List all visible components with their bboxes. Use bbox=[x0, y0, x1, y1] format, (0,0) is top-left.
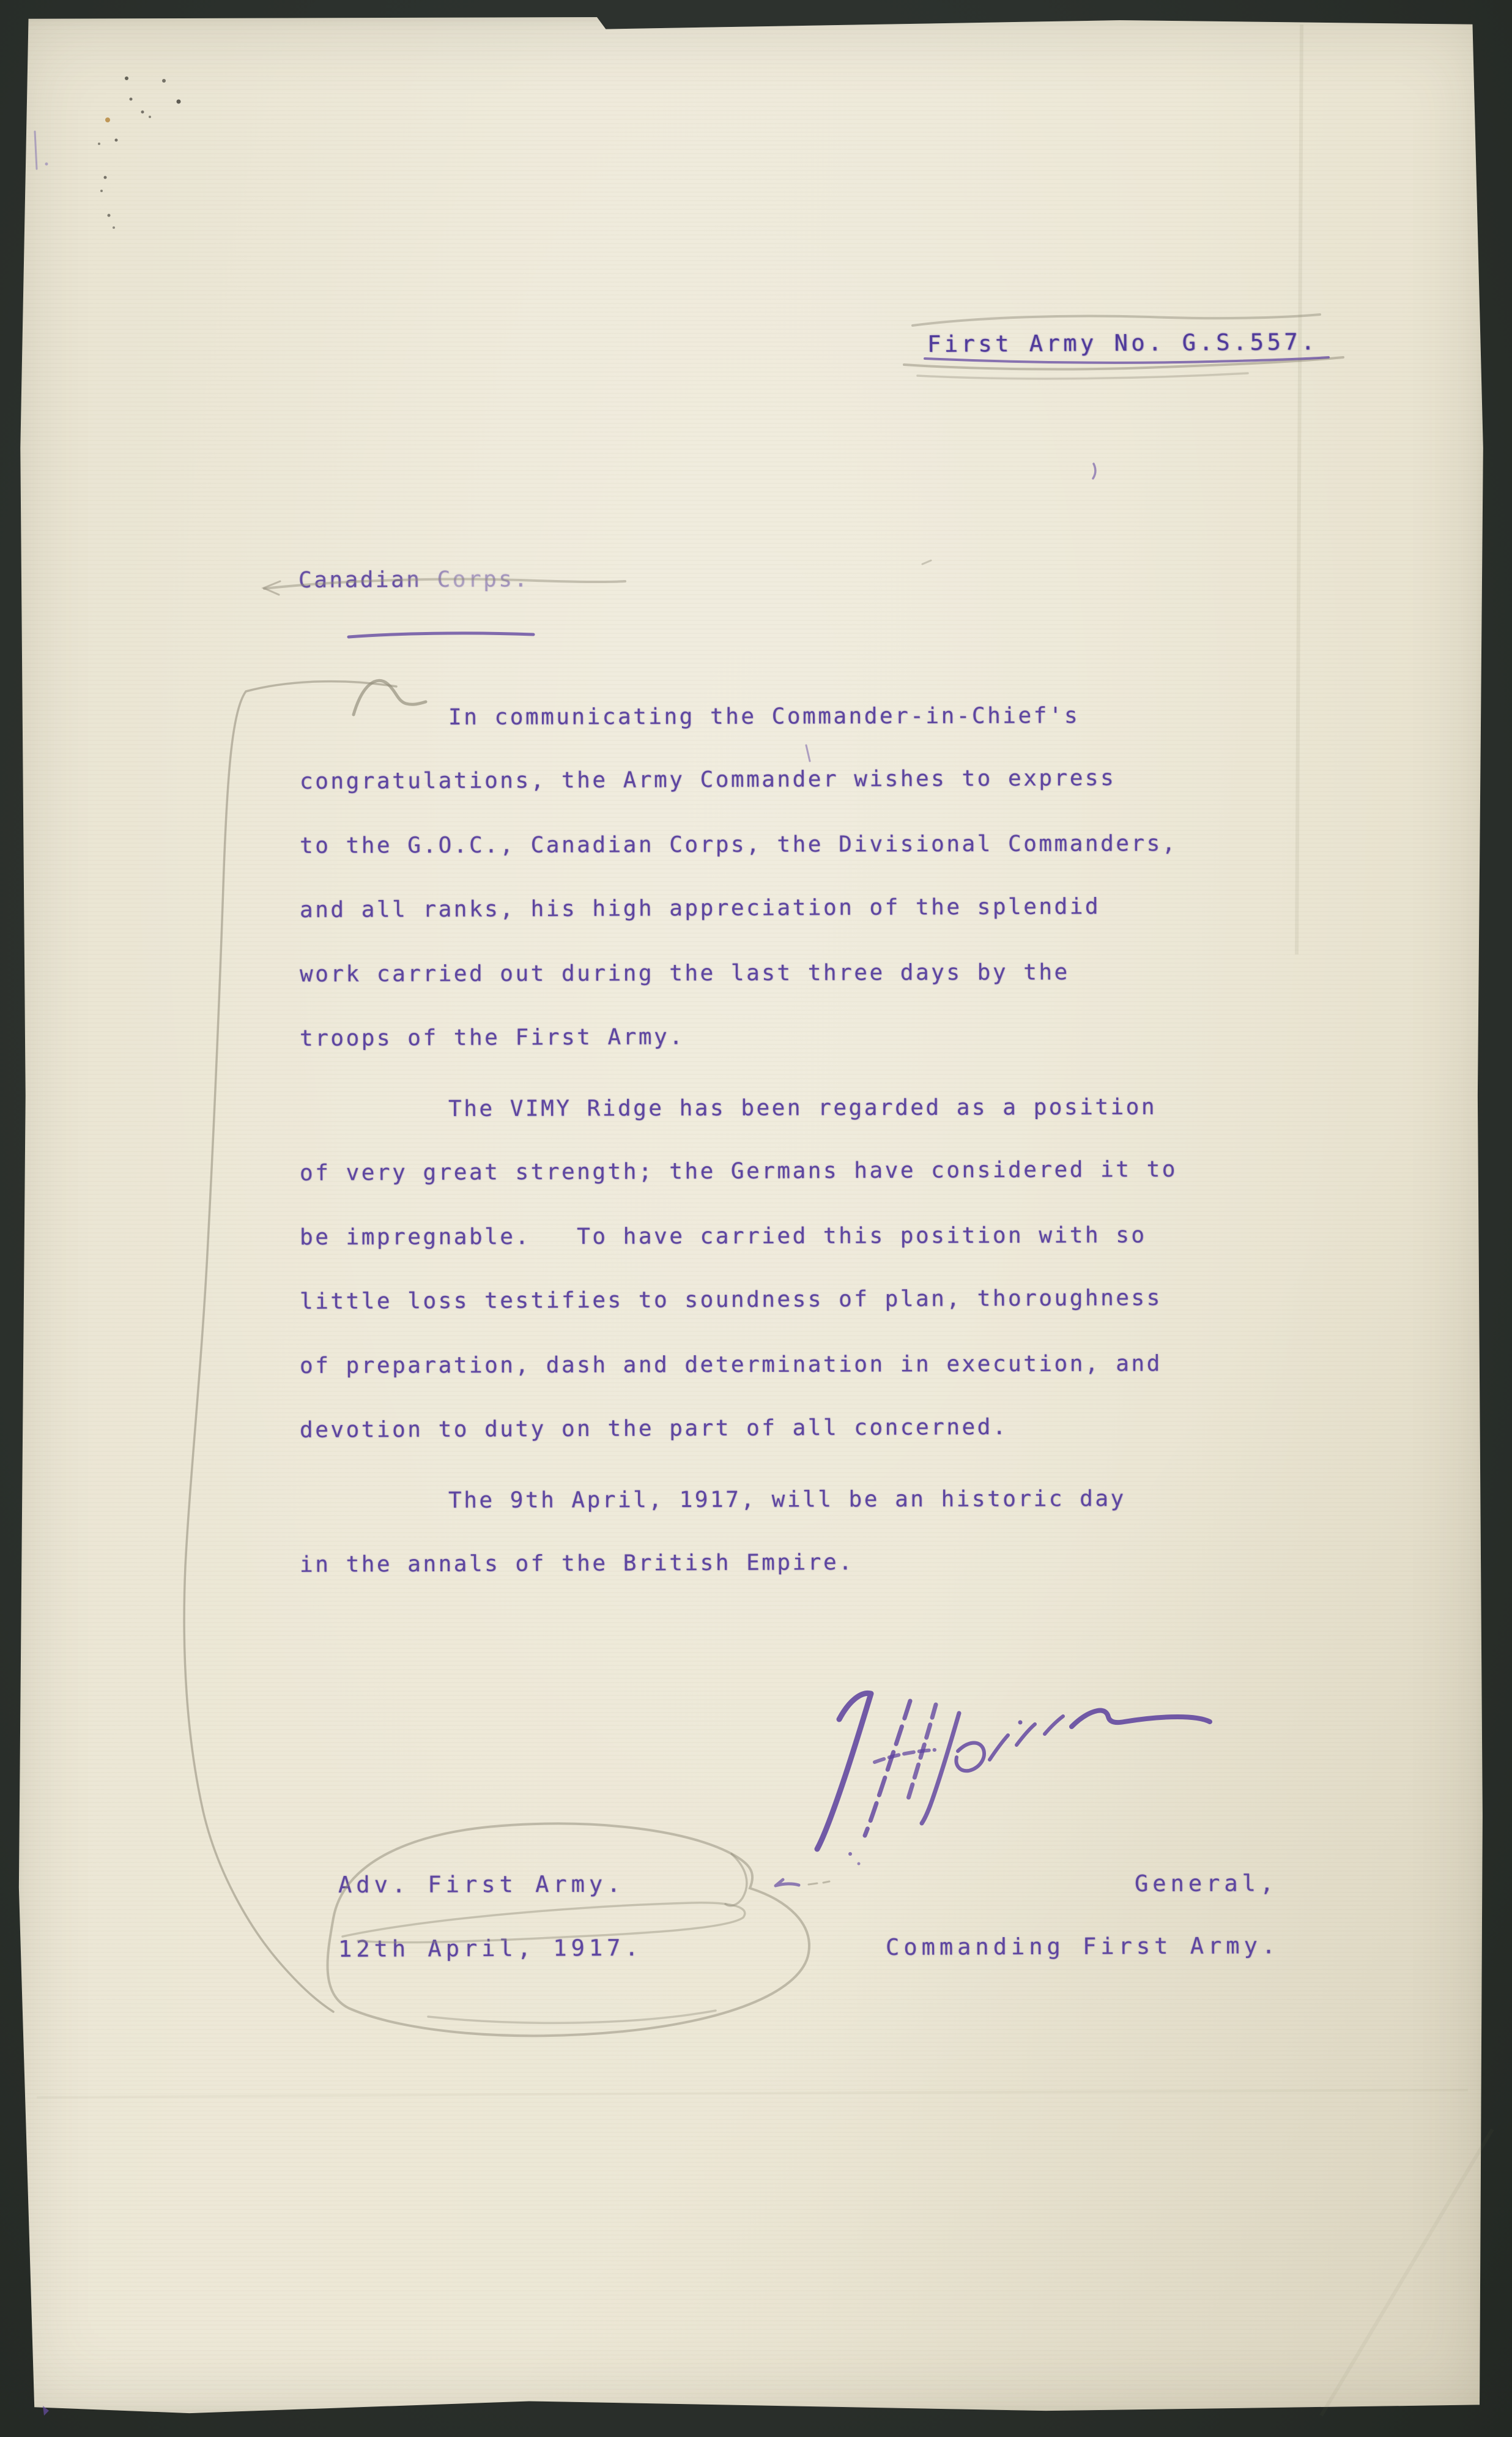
para2-line5: of preparation, dash and determination i… bbox=[300, 1351, 1162, 1378]
para2-line1: The VIMY Ridge has been regarded as a po… bbox=[448, 1095, 1157, 1122]
para1-line1: In communicating the Commander-in-Chief'… bbox=[448, 703, 1080, 730]
para2-line6: devotion to duty on the part of all conc… bbox=[300, 1415, 1008, 1443]
para3-line2: in the annals of the British Empire. bbox=[300, 1550, 854, 1577]
addressee-heading: Canadian Corps. bbox=[298, 567, 530, 593]
para1-line3: to the G.O.C., Canadian Corps, the Divis… bbox=[300, 831, 1177, 858]
signatory-rank: General, bbox=[1135, 1870, 1278, 1897]
photographed-letter: First Army No. G.S.557. Canadian Corps. … bbox=[0, 0, 1512, 2437]
para3-line1: The 9th April, 1917, will be an historic… bbox=[448, 1486, 1126, 1513]
para2-line4: little loss testifies to soundness of pl… bbox=[300, 1285, 1162, 1315]
para1-line6: troops of the First Army. bbox=[300, 1024, 685, 1051]
origin-place: Adv. First Army. bbox=[338, 1872, 625, 1899]
origin-date: 12th April, 1917. bbox=[338, 1935, 643, 1963]
para2-line3: be impregnable. To have carried this pos… bbox=[300, 1222, 1147, 1250]
document-page bbox=[12, 16, 1489, 2416]
para1-line5: work carried out during the last three d… bbox=[300, 960, 1070, 988]
para1-line4: and all ranks, his high appreciation of … bbox=[300, 894, 1100, 923]
reference-number: First Army No. G.S.557. bbox=[927, 329, 1318, 357]
signatory-command: Commanding First Army. bbox=[886, 1933, 1280, 1960]
para1-line2: congratulations, the Army Commander wish… bbox=[300, 765, 1116, 794]
para2-line2: of very great strength; the Germans have… bbox=[300, 1157, 1177, 1186]
